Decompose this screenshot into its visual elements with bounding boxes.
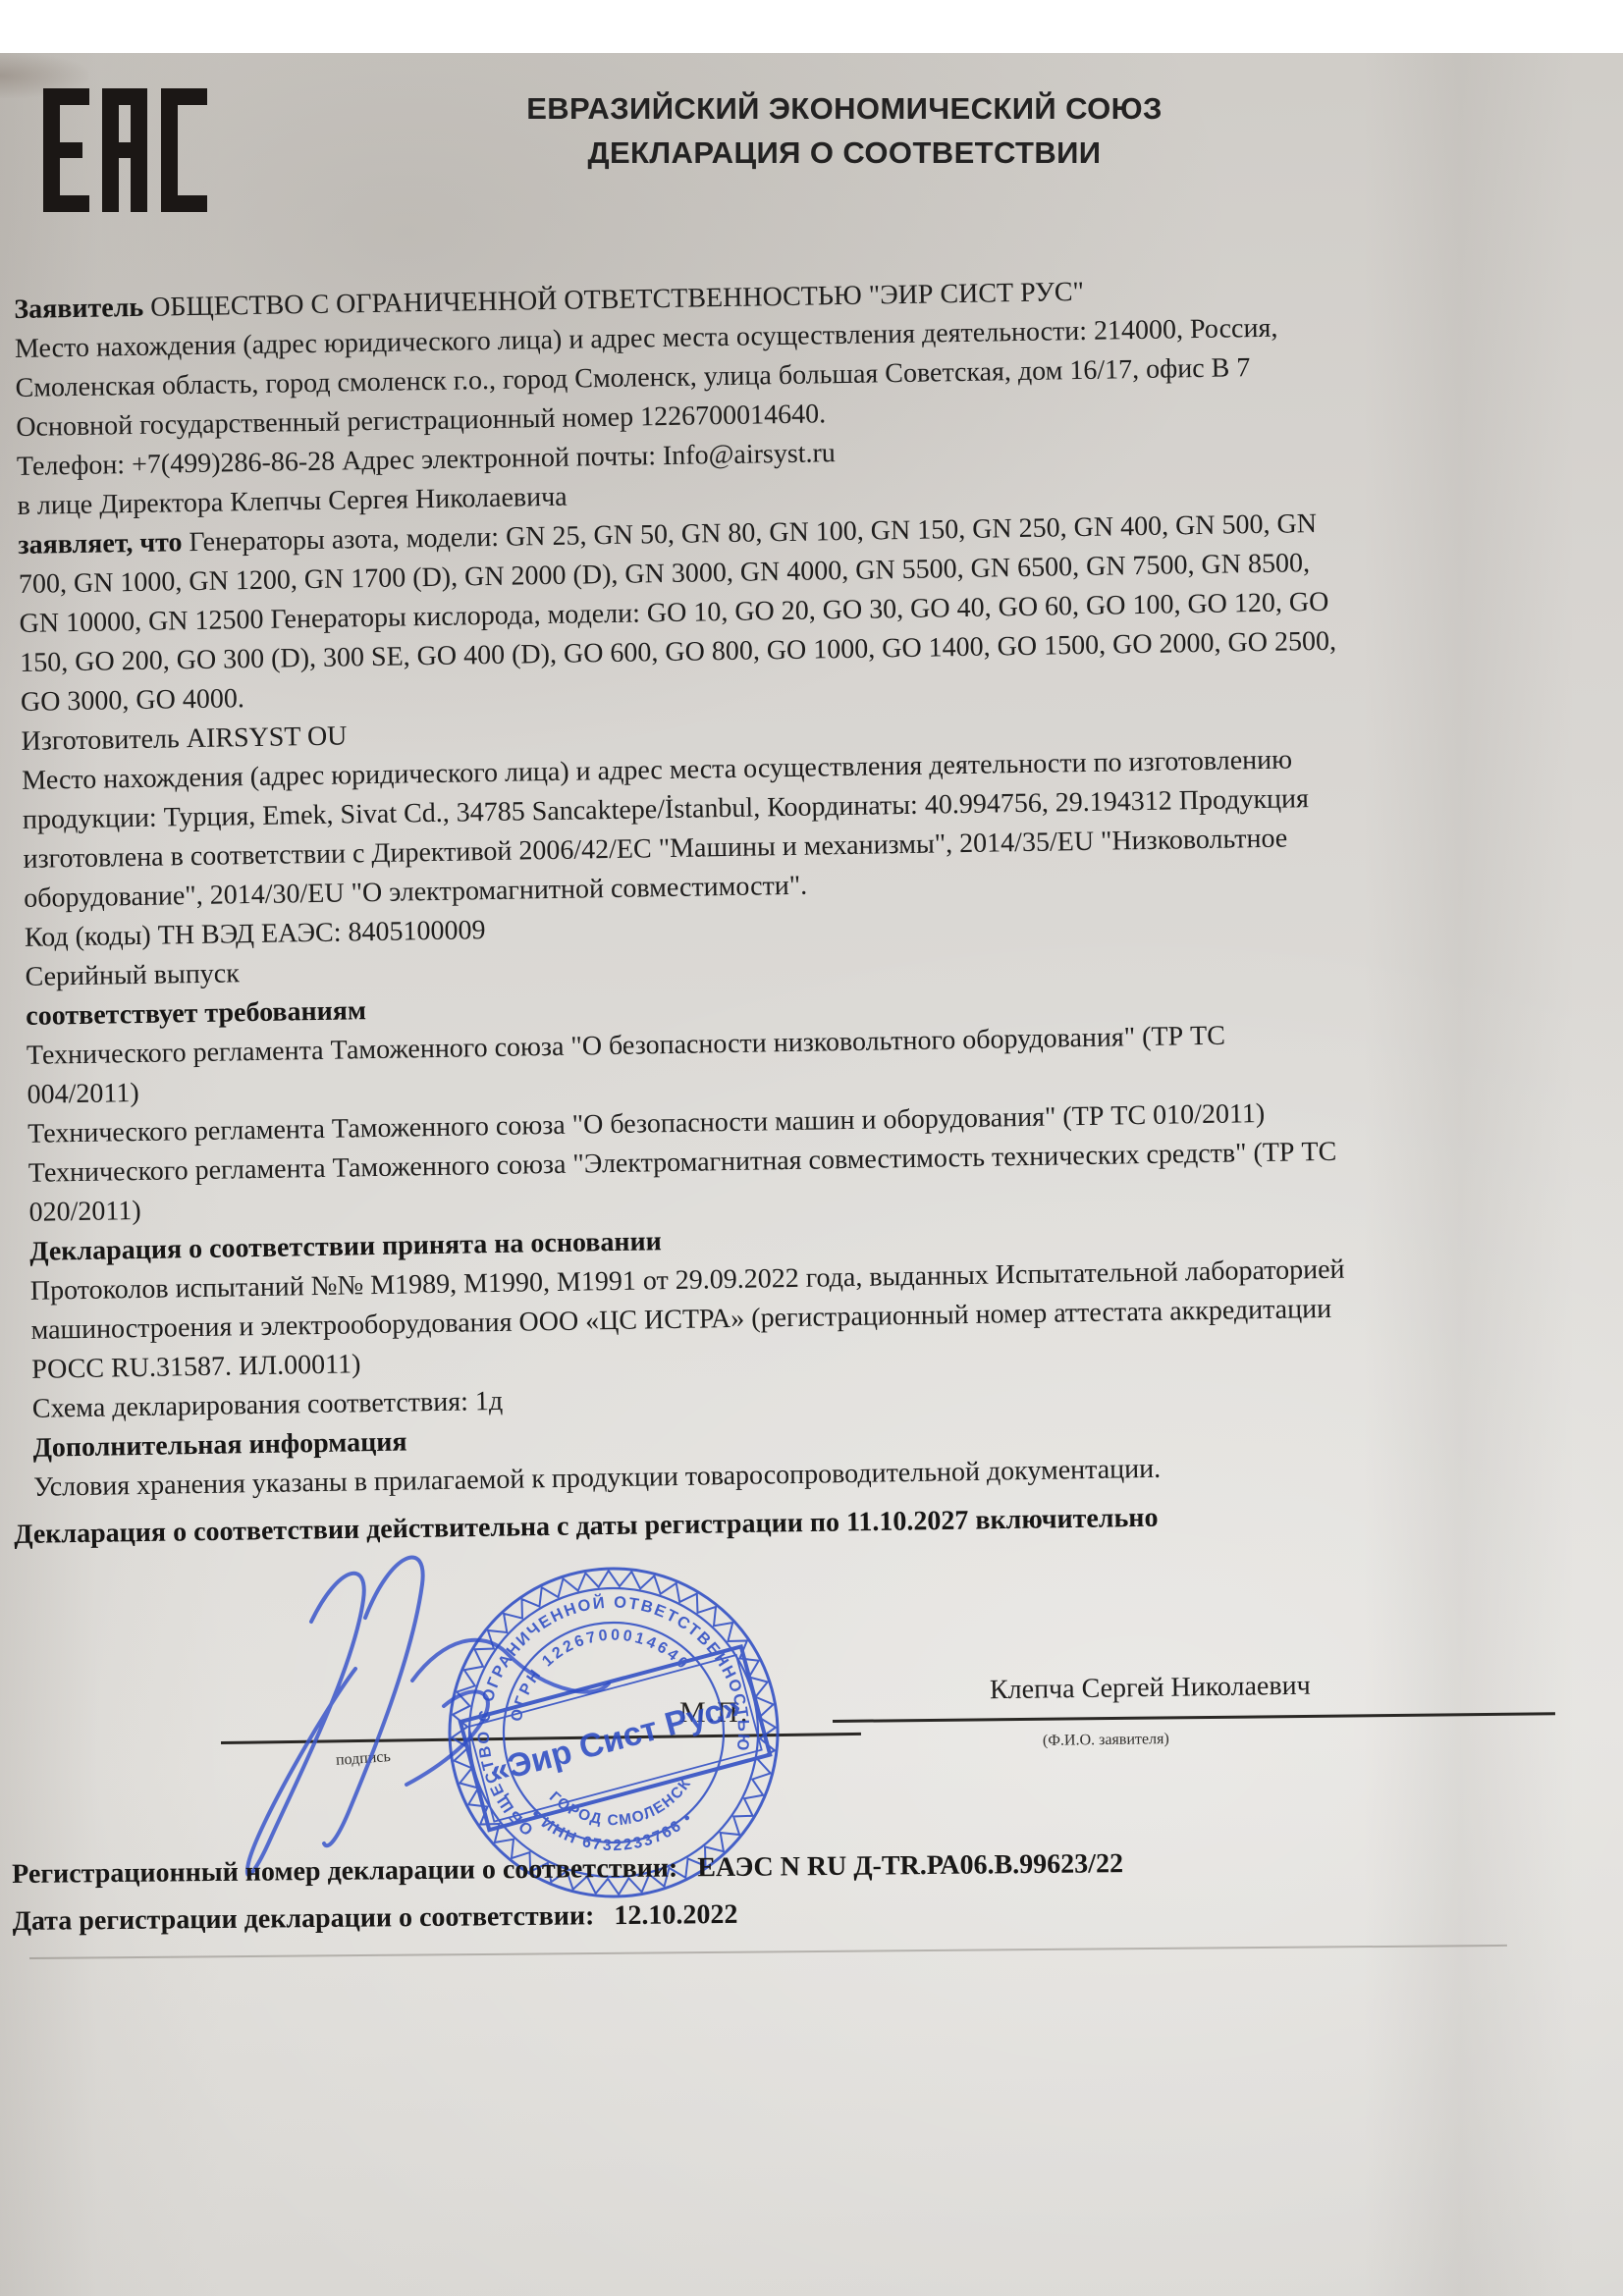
document-page: ЕВРАЗИЙСКИЙ ЭКОНОМИЧЕСКИЙ СОЮЗ ДЕКЛАРАЦИ…: [0, 0, 1623, 2296]
text-run: оборудование", 2014/30/EU "О электромагн…: [24, 871, 807, 914]
bold-run: Дополнительная информация: [32, 1427, 407, 1464]
title-doc-type: ДЕКЛАРАЦИЯ О СООТВЕТСТВИИ: [412, 131, 1276, 175]
registration-block: Регистрационный номер декларации о соотв…: [12, 1841, 1124, 1946]
registration-number-value: ЕАЭС N RU Д-TR.РА06.В.99623/22: [697, 1848, 1123, 1883]
registration-date-value: 12.10.2022: [614, 1899, 737, 1931]
seal-place-mark: М.П.: [679, 1696, 749, 1730]
text-run: Схема декларирования соответствия: 1д: [32, 1386, 504, 1424]
text-run: Изготовитель AIRSYST OU: [21, 721, 347, 756]
applicant-name: Клепча Сергей Николаевич: [990, 1671, 1311, 1707]
text-run: в лице Директора Клепчы Сергея Николаеви…: [17, 482, 567, 521]
text-run: 004/2011): [27, 1078, 139, 1110]
text-run: GO 3000, GO 4000.: [21, 683, 244, 718]
scan-top-margin: [0, 0, 1623, 53]
registration-number-label: Регистрационный номер декларации о соотв…: [12, 1852, 677, 1890]
applicant-name-caption: (Ф.И.О. заявителя): [1043, 1731, 1169, 1750]
title-union: ЕВРАЗИЙСКИЙ ЭКОНОМИЧЕСКИЙ СОЮЗ: [412, 86, 1276, 131]
bold-run: заявляет, что: [18, 527, 183, 561]
body-text: Заявитель ОБЩЕСТВО С ОГРАНИЧЕННОЙ ОТВЕТС…: [14, 264, 1623, 1508]
text-run: Серийный выпуск: [25, 958, 240, 992]
bold-run: Декларация о соответствии принята на осн…: [29, 1226, 662, 1267]
document-title: ЕВРАЗИЙСКИЙ ЭКОНОМИЧЕСКИЙ СОЮЗ ДЕКЛАРАЦИ…: [412, 86, 1276, 175]
text-run: 020/2011): [28, 1196, 141, 1228]
eac-mark-icon: [43, 88, 208, 217]
bold-run: Заявитель: [14, 293, 143, 325]
text-run: РОСС RU.31587. ИЛ.00011): [31, 1349, 361, 1385]
registration-date-label: Дата регистрации декларации о соответств…: [13, 1900, 595, 1937]
text-run: Код (коды) ТН ВЭД ЕАЭС: 8405100009: [25, 915, 486, 953]
bold-run: соответствует требованиям: [26, 995, 366, 1032]
